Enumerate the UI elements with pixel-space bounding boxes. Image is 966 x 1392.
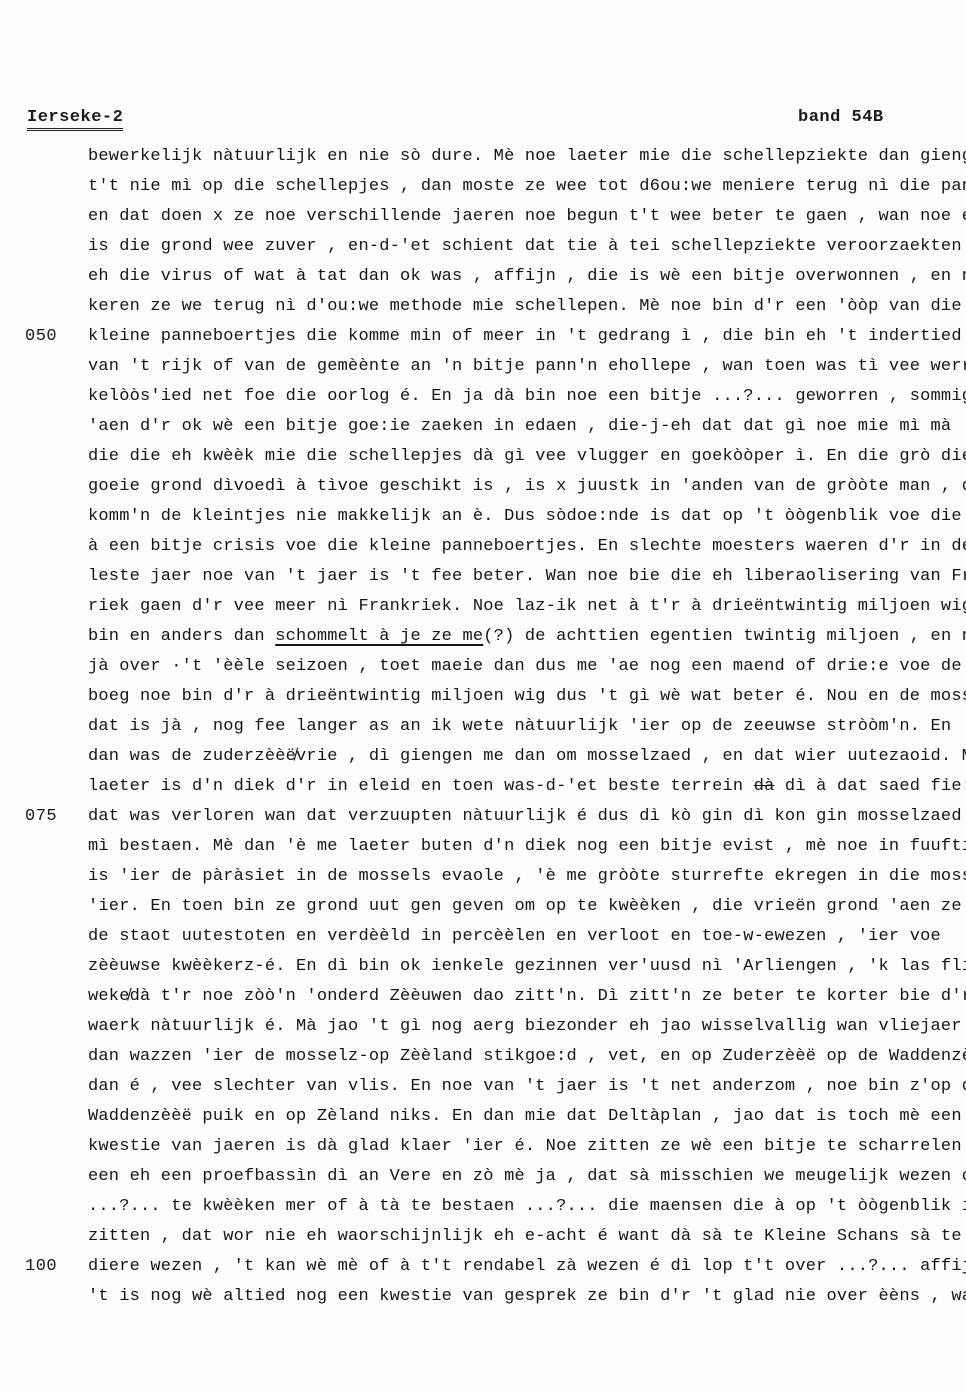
- line-number: 075: [25, 807, 88, 826]
- transcript-line: t't nie mì op die schellepjes , dan most…: [25, 177, 966, 207]
- line-text: een eh een proefbassìn dì an Vere en zò …: [88, 1167, 966, 1186]
- transcript-line: 050kleine panneboertjes die komme min of…: [25, 327, 966, 357]
- line-text: waerk nàtuurlijk é. Mà jao 't gì nog aer…: [88, 1017, 962, 1036]
- line-text: riek gaen d'r vee meer nì Frankriek. Noe…: [88, 597, 966, 616]
- transcript-line: kwestie van jaeren is dà glad klaer 'ier…: [25, 1137, 966, 1167]
- line-text: dan é , vee slechter van vlis. En noe va…: [88, 1077, 966, 1096]
- line-text: ...?... te kwèèken mer of à tà te bestae…: [88, 1197, 966, 1216]
- transcript-line: van 't rijk of van de gemèènte an 'n bit…: [25, 357, 966, 387]
- line-text: dat is jà , nog fee langer as an ik wete…: [88, 717, 951, 736]
- document-title: Ierseke-2: [27, 108, 123, 131]
- transcript-line: 100diere wezen , 't kan wè mè of à t't r…: [25, 1257, 966, 1287]
- line-text: laeter is d'n diek d'r in eleid en toen …: [88, 777, 966, 796]
- document-page: Ierseke-2 band 54B bewerkelijk nàtuurlij…: [0, 0, 966, 1392]
- transcript-line: bewerkelijk nàtuurlijk en nie sò dure. M…: [25, 147, 966, 177]
- line-text: dan wazzen 'ier de mosselz-op Zèèland st…: [88, 1047, 966, 1066]
- line-text: dat was verloren wan dat verzuupten nàtu…: [88, 807, 962, 826]
- transcript-line: dat is jà , nog fee langer as an ik wete…: [25, 717, 966, 747]
- transcript-line: die die eh kwèèk mie die schellepjes dà …: [25, 447, 966, 477]
- transcript-line: jà over ·'t 'èèle seizoen , toet maeie d…: [25, 657, 966, 687]
- line-text: t't nie mì op die schellepjes , dan most…: [88, 177, 966, 196]
- transcript-line: is die grond wee zuver , en-d-'et schien…: [25, 237, 966, 267]
- line-text: mì bestaen. Mè dan 'è me laeter buten d'…: [88, 837, 966, 856]
- transcript-line: weke̸dà t'r noe zòò'n 'onderd Zèèuwen da…: [25, 987, 966, 1017]
- line-text: keren ze we terug nì d'ou:we methode mie…: [88, 297, 962, 316]
- band-label: band 54B: [798, 108, 884, 127]
- line-text: Waddenzèèë puik en op Zèland niks. En da…: [88, 1107, 966, 1126]
- transcript-line: leste jaer noe van 't jaer is 't fee bet…: [25, 567, 966, 597]
- line-text: kwestie van jaeren is dà glad klaer 'ier…: [88, 1137, 966, 1156]
- line-text: van 't rijk of van de gemèènte an 'n bit…: [88, 357, 966, 376]
- transcript-line: mì bestaen. Mè dan 'è me laeter buten d'…: [25, 837, 966, 867]
- transcript-line: 'aen d'r ok wè een bitje goe:ie zaeken i…: [25, 417, 966, 447]
- transcript-line: dan wazzen 'ier de mosselz-op Zèèland st…: [25, 1047, 966, 1077]
- transcript-line: ...?... te kwèèken mer of à tà te bestae…: [25, 1197, 966, 1227]
- page-header: Ierseke-2 band 54B: [0, 108, 966, 142]
- line-text: zitten , dat wor nie eh waorschijnlijk e…: [88, 1227, 962, 1246]
- line-number: 100: [25, 1257, 88, 1276]
- transcript-line: 075dat was verloren wan dat verzuupten n…: [25, 807, 966, 837]
- line-text: 't is nog wè altied nog een kwestie van …: [88, 1287, 966, 1306]
- line-text: eh die virus of wat à tat dan ok was , a…: [88, 267, 966, 286]
- line-text: bewerkelijk nàtuurlijk en nie sò dure. M…: [88, 147, 966, 166]
- line-number: 050: [25, 327, 88, 346]
- transcript-line: 'ier. En toen bin ze grond uut gen geven…: [25, 897, 966, 927]
- transcript-line: bin en anders dan schommelt à je ze me(?…: [25, 627, 966, 657]
- line-text: 'aen d'r ok wè een bitje goe:ie zaeken i…: [88, 417, 951, 436]
- transcript-line: en dat doen x ze noe verschillende jaere…: [25, 207, 966, 237]
- line-text: kelòòs'ied net foe die oorlog é. En ja d…: [88, 387, 966, 406]
- line-text: boeg noe bin d'r à drieëntwintig miljoen…: [88, 687, 966, 706]
- line-text: diere wezen , 't kan wè mè of à t't rend…: [88, 1257, 966, 1276]
- transcript-line: à een bitje crisis voe die kleine panneb…: [25, 537, 966, 567]
- transcript-line: laeter is d'n diek d'r in eleid en toen …: [25, 777, 966, 807]
- line-text: à een bitje crisis voe die kleine panneb…: [88, 537, 966, 556]
- transcript-line: waerk nàtuurlijk é. Mà jao 't gì nog aer…: [25, 1017, 966, 1047]
- transcript-body: bewerkelijk nàtuurlijk en nie sò dure. M…: [25, 147, 966, 1317]
- line-text: kleine panneboertjes die komme min of me…: [88, 327, 962, 346]
- transcript-line: komm'n de kleintjes nie makkelijk an è. …: [25, 507, 966, 537]
- line-text: die die eh kwèèk mie die schellepjes dà …: [88, 447, 966, 466]
- line-text: komm'n de kleintjes nie makkelijk an è. …: [88, 507, 966, 526]
- transcript-line: goeie grond dìvoedì à tìvoe geschikt is …: [25, 477, 966, 507]
- line-text: en dat doen x ze noe verschillende jaere…: [88, 207, 966, 226]
- transcript-line: zitten , dat wor nie eh waorschijnlijk e…: [25, 1227, 966, 1257]
- transcript-line: een eh een proefbassìn dì an Vere en zò …: [25, 1167, 966, 1197]
- transcript-line: zèèuwse kwèèkerz-é. En dì bin ok ienkele…: [25, 957, 966, 987]
- transcript-line: keren ze we terug nì d'ou:we methode mie…: [25, 297, 966, 327]
- line-text: de staot uutestoten en verdèèld in percè…: [88, 927, 941, 946]
- transcript-line: is 'ier de pàràsiet in de mossels evaole…: [25, 867, 966, 897]
- transcript-line: Waddenzèèë puik en op Zèland niks. En da…: [25, 1107, 966, 1137]
- transcript-line: dan was de zuderzèèë̸vrie , dì giengen m…: [25, 747, 966, 777]
- transcript-line: riek gaen d'r vee meer nì Frankriek. Noe…: [25, 597, 966, 627]
- transcript-line: boeg noe bin d'r à drieëntwintig miljoen…: [25, 687, 966, 717]
- transcript-line: kelòòs'ied net foe die oorlog é. En ja d…: [25, 387, 966, 417]
- line-text: is die grond wee zuver , en-d-'et schien…: [88, 237, 966, 256]
- transcript-line: dan é , vee slechter van vlis. En noe va…: [25, 1077, 966, 1107]
- transcript-line: de staot uutestoten en verdèèld in percè…: [25, 927, 966, 957]
- transcript-line: 't is nog wè altied nog een kwestie van …: [25, 1287, 966, 1317]
- transcript-line: eh die virus of wat à tat dan ok was , a…: [25, 267, 966, 297]
- line-text: weke̸dà t'r noe zòò'n 'onderd Zèèuwen da…: [88, 987, 966, 1006]
- line-text: is 'ier de pàràsiet in de mossels evaole…: [88, 867, 966, 886]
- line-text: dan was de zuderzèèë̸vrie , dì giengen m…: [88, 747, 966, 766]
- line-text: goeie grond dìvoedì à tìvoe geschikt is …: [88, 477, 966, 496]
- line-text: leste jaer noe van 't jaer is 't fee bet…: [88, 567, 966, 586]
- line-text: jà over ·'t 'èèle seizoen , toet maeie d…: [88, 657, 962, 676]
- line-text: bin en anders dan schommelt à je ze me(?…: [88, 627, 966, 646]
- line-text: zèèuwse kwèèkerz-é. En dì bin ok ienkele…: [88, 957, 966, 976]
- line-text: 'ier. En toen bin ze grond uut gen geven…: [88, 897, 966, 916]
